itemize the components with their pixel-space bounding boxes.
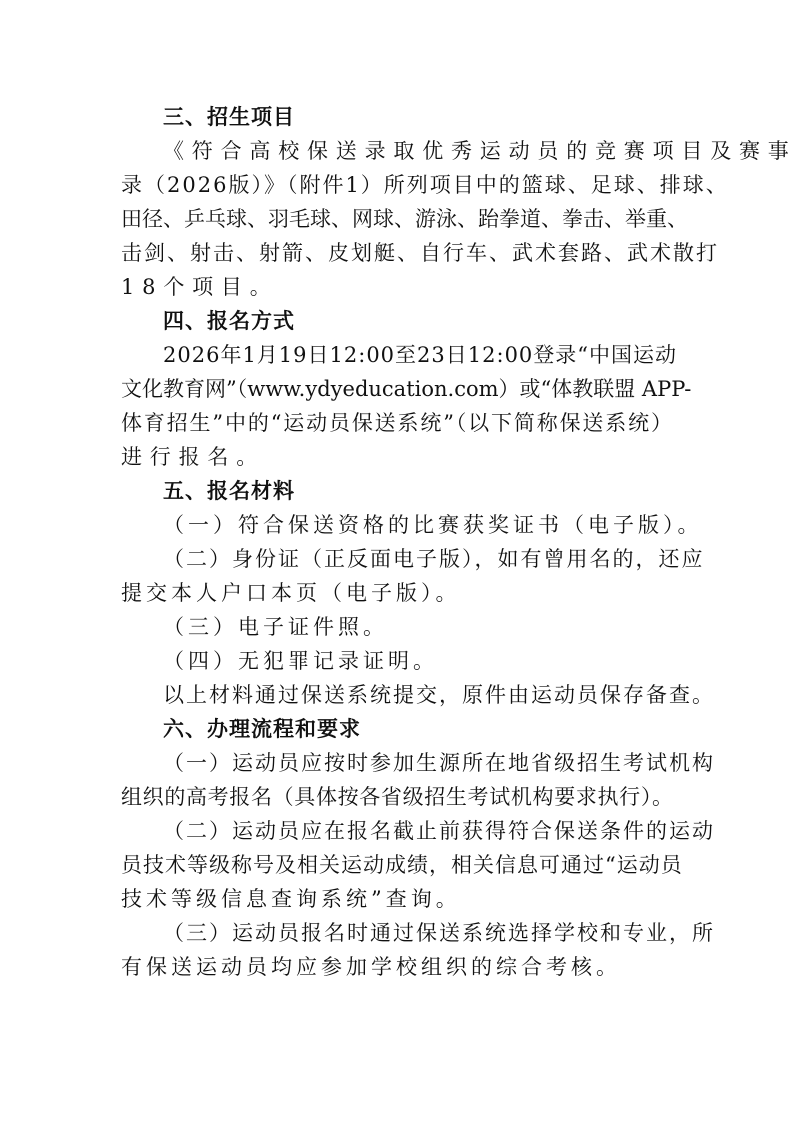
text-line: 组织的高考报名（具体按各省级招生考试机构要求执行）。 <box>121 780 673 814</box>
text-line: （三）电子证件照。 <box>121 610 673 644</box>
text-line: 文化教育网”（www.ydyeducation.com）或“体教联盟 APP- <box>121 372 673 406</box>
text-line: 体育招生”中的“运动员保送系统”（以下简称保送系统） <box>121 406 673 440</box>
text-line: （三）运动员报名时通过保送系统选择学校和专业，所 <box>121 916 673 950</box>
list-item-materials-4: （四）无犯罪记录证明。 <box>121 644 673 678</box>
text-line: 2026年1月19日12:00至23日12:00登录“中国运动 <box>121 338 673 372</box>
list-item-process-2: （二）运动员应在报名截止前获得符合保送条件的运动 员技术等级称号及相关运动成绩，… <box>121 814 673 916</box>
document-page: 三、招生项目 《符合高校保送录取优秀运动员的竞赛项目及赛事目 录（2026版）》… <box>121 100 673 984</box>
paragraph-registration-method: 2026年1月19日12:00至23日12:00登录“中国运动 文化教育网”（w… <box>121 338 673 474</box>
text-line: 有保送运动员均应参加学校组织的综合考核。 <box>121 950 673 984</box>
text-line: （一）运动员应按时参加生源所在地省级招生考试机构 <box>121 746 673 780</box>
text-line: 员技术等级称号及相关运动成绩，相关信息可通过“运动员 <box>121 848 673 882</box>
text-line: （四）无犯罪记录证明。 <box>121 644 673 678</box>
text-line: 录（2026版）》（附件1）所列项目中的篮球、足球、排球、 <box>121 168 673 202</box>
text-line: （二）运动员应在报名截止前获得符合保送条件的运动 <box>121 814 673 848</box>
text-line: 提交本人户口本页（电子版）。 <box>121 576 673 610</box>
list-item-materials-2: （二）身份证（正反面电子版），如有曾用名的，还应 提交本人户口本页（电子版）。 <box>121 542 673 610</box>
section-heading-process-requirements: 六、办理流程和要求 <box>121 712 673 746</box>
text-line: 击剑、射击、射箭、皮划艇、自行车、武术套路、武术散打 <box>121 236 673 270</box>
text-line: 田径、乒乓球、羽毛球、网球、游泳、跆拳道、拳击、举重、 <box>121 202 673 236</box>
text-line: 《符合高校保送录取优秀运动员的竞赛项目及赛事目 <box>121 134 673 168</box>
text-line: 技术等级信息查询系统”查询。 <box>121 882 673 916</box>
text-line: （一）符合保送资格的比赛获奖证书（电子版）。 <box>121 508 673 542</box>
text-line: 以上材料通过保送系统提交，原件由运动员保存备查。 <box>121 678 673 712</box>
section-heading-registration-method: 四、报名方式 <box>121 304 673 338</box>
text-line: 18个项目。 <box>121 270 673 304</box>
text-line: 进行报名。 <box>121 440 673 474</box>
list-item-process-1: （一）运动员应按时参加生源所在地省级招生考试机构 组织的高考报名（具体按各省级招… <box>121 746 673 814</box>
list-item-process-3: （三）运动员报名时通过保送系统选择学校和专业，所 有保送运动员均应参加学校组织的… <box>121 916 673 984</box>
section-heading-registration-materials: 五、报名材料 <box>121 474 673 508</box>
materials-note: 以上材料通过保送系统提交，原件由运动员保存备查。 <box>121 678 673 712</box>
list-item-materials-3: （三）电子证件照。 <box>121 610 673 644</box>
list-item-materials-1: （一）符合保送资格的比赛获奖证书（电子版）。 <box>121 508 673 542</box>
text-line: （二）身份证（正反面电子版），如有曾用名的，还应 <box>121 542 673 576</box>
section-heading-recruitment-items: 三、招生项目 <box>121 100 673 134</box>
paragraph-recruitment-items: 《符合高校保送录取优秀运动员的竞赛项目及赛事目 录（2026版）》（附件1）所列… <box>121 134 673 304</box>
